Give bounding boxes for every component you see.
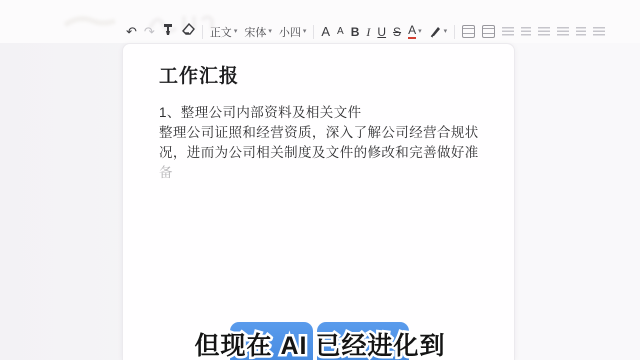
- app-topbar: ↶ ↷ 正文 ▾ 宋体 ▾ 小四 ▾ A A: [0, 0, 640, 43]
- document-line: 况，进而为公司相关制度及文件的修改和完善做好准: [159, 143, 484, 163]
- document-body: 1、整理公司内部资料及相关文件 整理公司证照和经营资质，深入了解公司经营合规状 …: [159, 103, 484, 183]
- decrease-font-button[interactable]: A: [337, 27, 344, 37]
- align-right-icon[interactable]: [538, 27, 550, 36]
- highlight-pen-button[interactable]: ▾: [429, 25, 448, 38]
- document-line: 1、整理公司内部资料及相关文件: [159, 103, 484, 123]
- bold-button[interactable]: B: [351, 26, 360, 38]
- chevron-down-icon: ▾: [303, 28, 307, 35]
- increase-font-button[interactable]: A: [321, 25, 330, 38]
- document-title: 工作汇报: [159, 61, 478, 88]
- video-subtitle: 但现在 AI 已经进化到: [0, 326, 640, 360]
- align-left-icon[interactable]: [502, 27, 514, 36]
- redo-icon[interactable]: ↷: [144, 25, 155, 38]
- chevron-down-icon: ▾: [444, 28, 448, 35]
- justify-icon[interactable]: [557, 27, 569, 36]
- indent-icon[interactable]: [593, 27, 605, 36]
- document-line-typing: 备: [159, 163, 484, 183]
- bullet-list-icon[interactable]: [462, 25, 475, 38]
- toolbar-divider: [313, 25, 314, 39]
- line-spacing-icon[interactable]: [576, 27, 586, 36]
- chevron-down-icon: ▾: [234, 28, 238, 35]
- editor-toolbar: ↶ ↷ 正文 ▾ 宋体 ▾ 小四 ▾ A A: [126, 21, 605, 42]
- pen-icon: [429, 25, 442, 38]
- video-frame: ↶ ↷ 正文 ▾ 宋体 ▾ 小四 ▾ A A: [0, 0, 640, 360]
- clear-format-icon[interactable]: [182, 23, 195, 41]
- numbered-list-icon[interactable]: [482, 25, 495, 38]
- document-workspace: 工作汇报 1、整理公司内部资料及相关文件 整理公司证照和经营资质，深入了解公司经…: [0, 43, 640, 360]
- font-family-dropdown[interactable]: 宋体 ▾: [244, 24, 272, 40]
- font-size-dropdown[interactable]: 小四 ▾: [279, 24, 307, 40]
- document-page[interactable]: 工作汇报 1、整理公司内部资料及相关文件 整理公司证照和经营资质，深入了解公司经…: [122, 43, 515, 360]
- align-center-icon[interactable]: [521, 27, 531, 36]
- chevron-down-icon: ▾: [268, 28, 272, 35]
- format-painter-icon[interactable]: [162, 23, 175, 41]
- document-line: 整理公司证照和经营资质，深入了解公司经营合规状: [159, 123, 484, 143]
- toolbar-divider: [202, 25, 203, 39]
- italic-button[interactable]: I: [366, 26, 370, 38]
- underline-button[interactable]: U: [377, 26, 386, 38]
- style-dropdown[interactable]: 正文 ▾: [210, 24, 238, 40]
- toolbar-divider: [454, 25, 455, 39]
- chevron-down-icon: ▾: [418, 28, 422, 35]
- font-color-button[interactable]: A ▾: [408, 24, 422, 39]
- undo-icon[interactable]: ↶: [126, 25, 137, 38]
- strikethrough-button[interactable]: S: [393, 26, 401, 38]
